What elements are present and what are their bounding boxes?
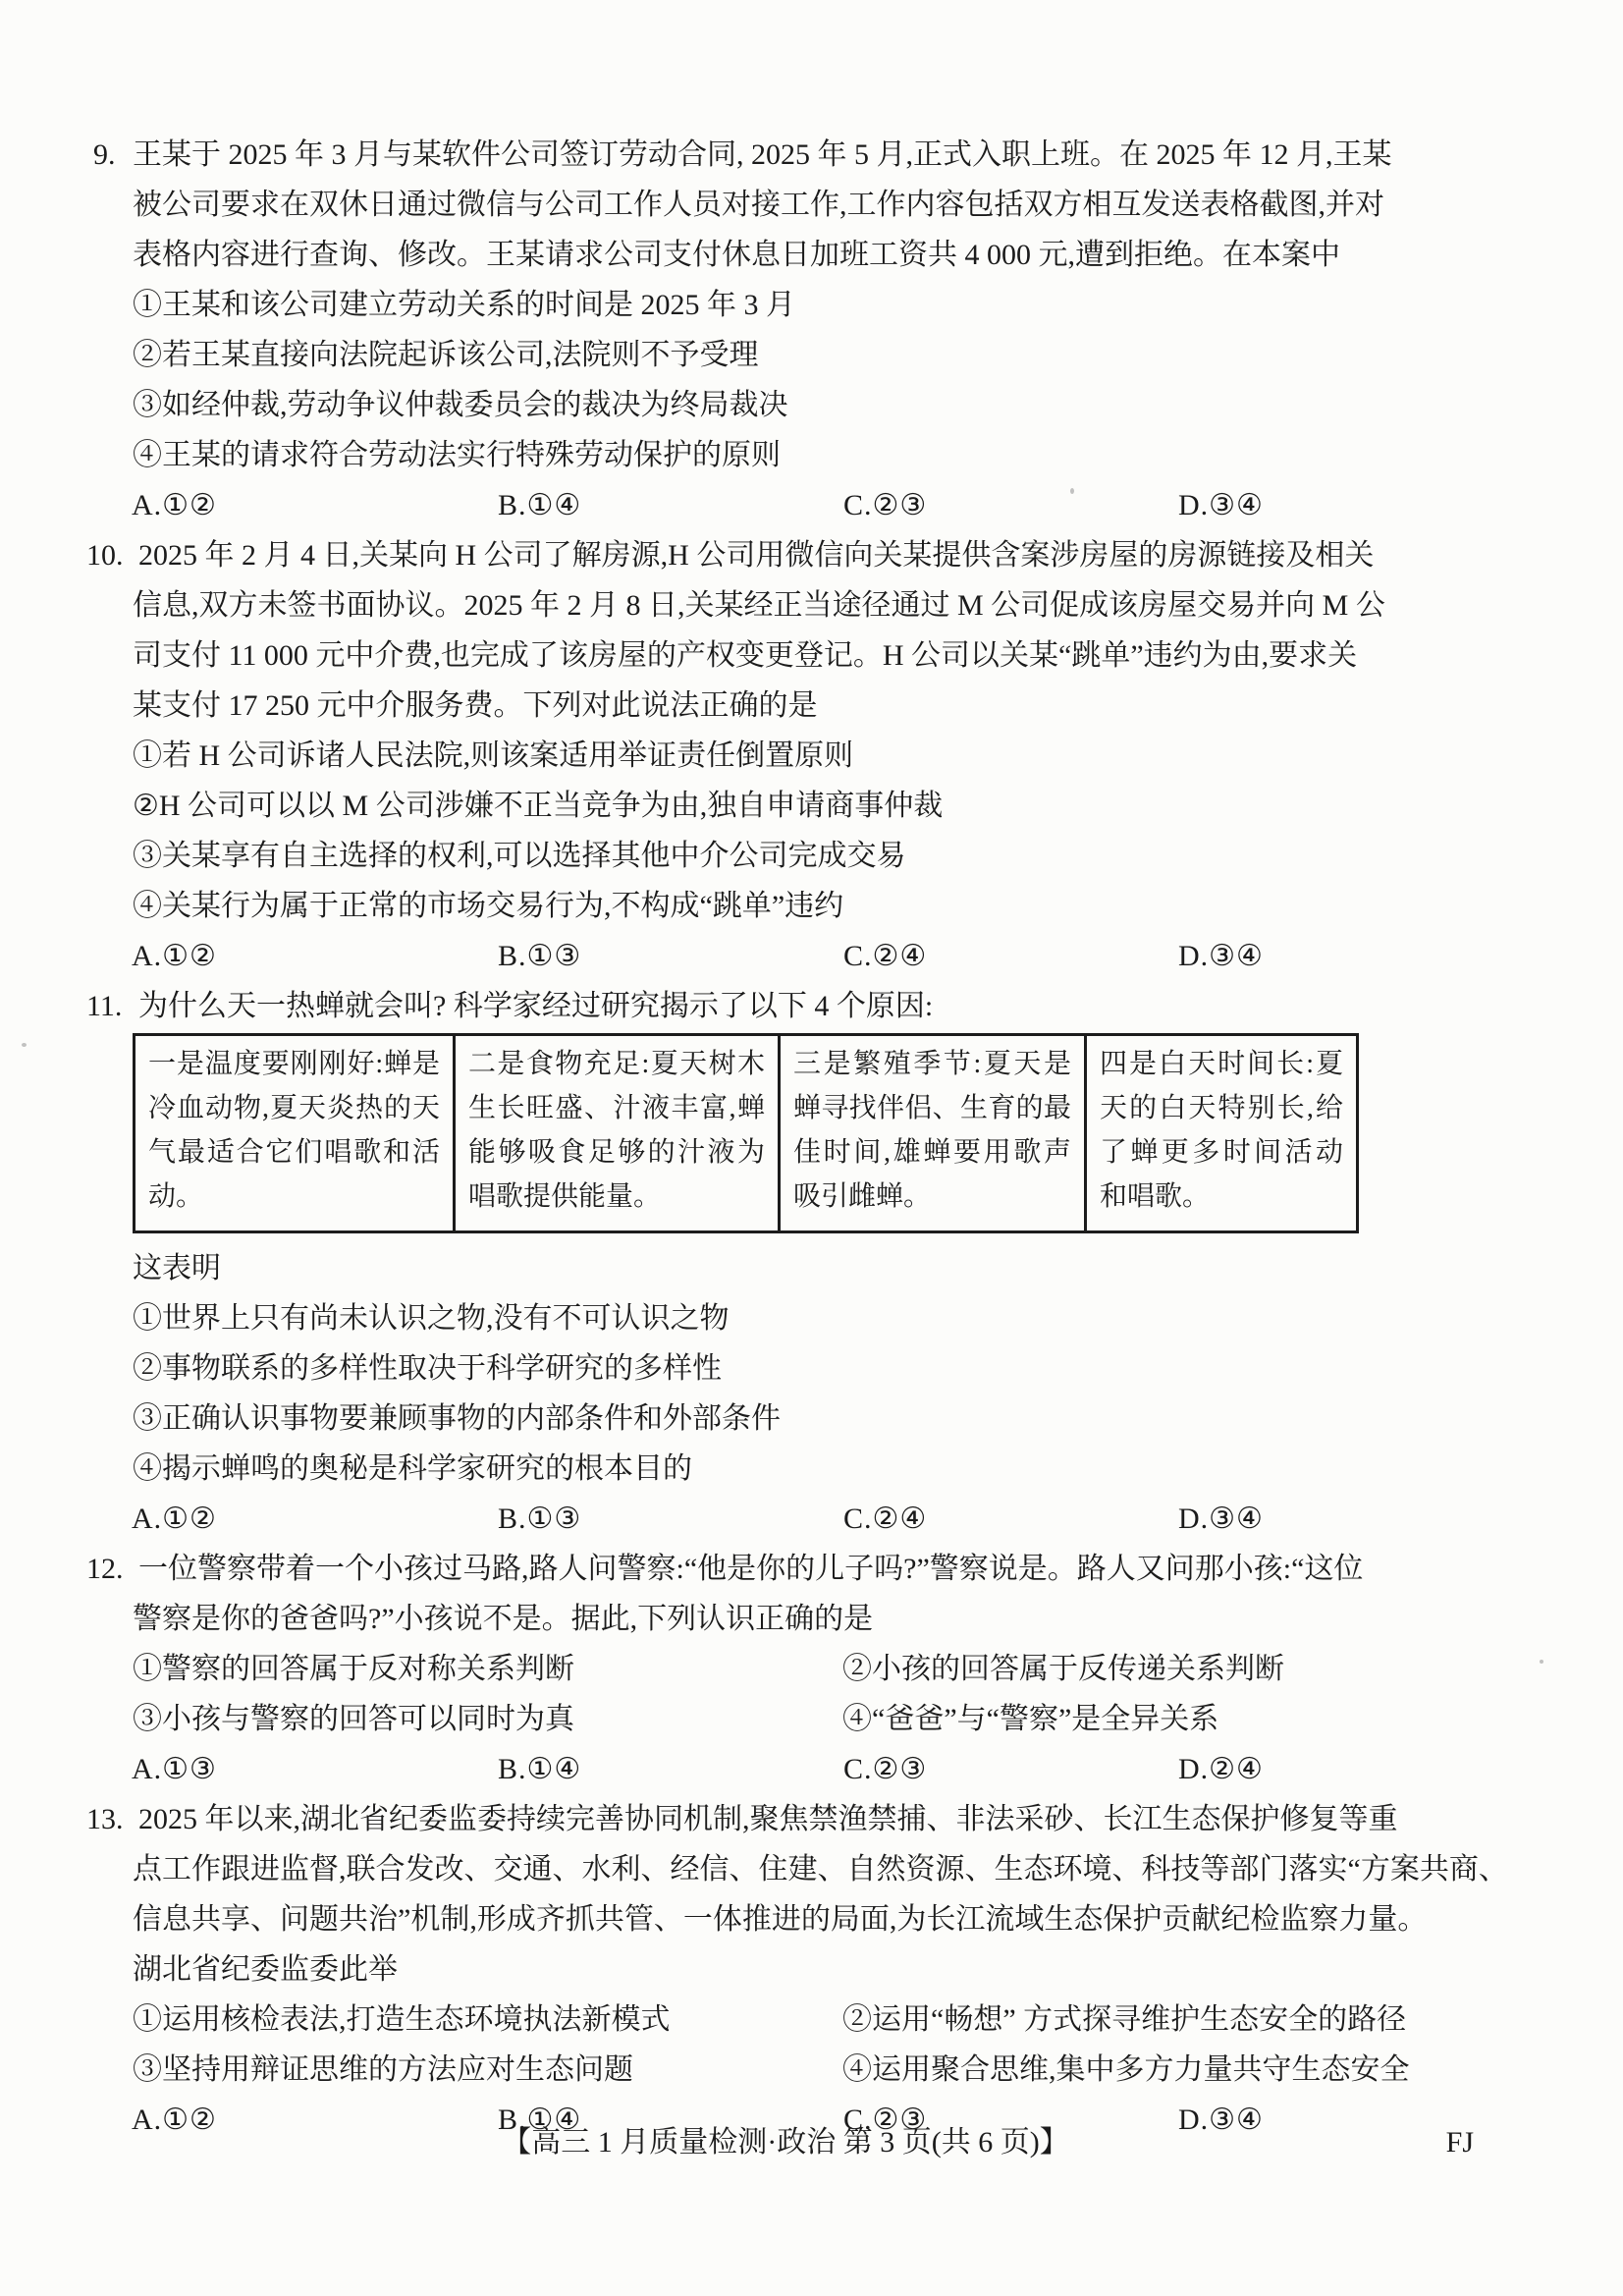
cicada-reasons-table: 一是温度要刚刚好:蝉是冷血动物,夏天炎热的天气最适合它们唱歌和活动。 二是食物充…	[133, 1033, 1359, 1233]
q11-after-table: 这表明	[93, 1243, 1478, 1293]
q13-item-4: ④运用聚合思维,集中多方力量共守生态安全	[842, 2045, 1410, 2095]
q11-option-d: D.③④	[1178, 1494, 1264, 1544]
q13-item-2: ②运用“畅想” 方式探寻维护生态安全的路径	[842, 1995, 1406, 2045]
q12-number: 12.	[86, 1544, 138, 1594]
q13-stem-line-2: 点工作跟进监督,联合发改、交通、水利、经信、住建、自然资源、生态环境、科技等部门…	[93, 1844, 1478, 1894]
q10-option-a: A.①②	[132, 931, 217, 981]
q9-item-1: ①王某和该公司建立劳动关系的时间是 2025 年 3 月	[93, 280, 1478, 330]
q10-stem-line-2: 信息,双方未签书面协议。2025 年 2 月 8 日,关某经正当途径通过 M 公…	[93, 580, 1478, 630]
q11-option-a: A.①②	[132, 1494, 217, 1544]
q10-number: 10.	[86, 530, 138, 580]
page-footer: 【高三 1 月质量检测·政治 第 3 页(共 6 页)】 FJ	[93, 2119, 1478, 2166]
q9-stem-line-2: 被公司要求在双休日通过微信与公司工作人员对接工作,工作内容包括双方相互发送表格截…	[93, 180, 1478, 230]
q10-item-2: ②H 公司可以以 M 公司涉嫌不正当竞争为由,独自申请商事仲裁	[93, 781, 1478, 831]
q12-item-4: ④“爸爸”与“警察”是全异关系	[842, 1694, 1218, 1744]
scan-speck	[1070, 488, 1074, 494]
q13-stem-line-1-row: 13. 2025 年以来,湖北省纪委监委持续完善协同机制,聚焦禁渔禁捕、非法采砂…	[93, 1794, 1478, 1844]
q11-stem-line-1-row: 11. 为什么天一热蝉就会叫? 科学家经过研究揭示了以下 4 个原因:	[93, 981, 1478, 1031]
footer-title: 【高三 1 月质量检测·政治 第 3 页(共 6 页)】	[502, 2126, 1068, 2159]
q12-option-b: B.①④	[498, 1744, 581, 1794]
q13-items-row-2: ③坚持用辩证思维的方法应对生态问题 ④运用聚合思维,集中多方力量共守生态安全	[93, 2045, 1478, 2095]
q13-item-1: ①运用核检表法,打造生态环境执法新模式	[133, 2003, 671, 2036]
q11-item-2: ②事物联系的多样性取决于科学研究的多样性	[93, 1343, 1478, 1394]
q12-item-2: ②小孩的回答属于反传递关系判断	[842, 1644, 1284, 1694]
q9-item-2: ②若王某直接向法院起诉该公司,法院则不予受理	[93, 330, 1478, 380]
q12-options-row: A.①③ B.①④ C.②③ D.②④	[93, 1744, 1478, 1794]
q10-item-1: ①若 H 公司诉诸人民法院,则该案适用举证责任倒置原则	[93, 731, 1478, 781]
q13-stem-line-3: 信息共享、问题共治”机制,形成齐抓共管、一体推进的局面,为长江流域生态保护贡献纪…	[93, 1894, 1478, 1944]
q13-stem-line-4: 湖北省纪委监委此举	[93, 1944, 1478, 1995]
q10-stem-line-1: 2025 年 2 月 4 日,关某向 H 公司了解房源,H 公司用微信向关某提供…	[138, 530, 1374, 580]
q9-stem-line-1-row: 9. 王某于 2025 年 3 月与某软件公司签订劳动合同, 2025 年 5 …	[93, 130, 1478, 180]
q9-stem-line-3: 表格内容进行查询、修改。王某请求公司支付休息日加班工资共 4 000 元,遭到拒…	[93, 230, 1478, 280]
footer-code: FJ	[1446, 2119, 1474, 2166]
question-12: 12. 一位警察带着一个小孩过马路,路人问警察:“他是你的儿子吗?”警察说是。路…	[93, 1544, 1478, 1794]
q10-option-c: C.②④	[843, 931, 927, 981]
q12-stem-line-1: 一位警察带着一个小孩过马路,路人问警察:“他是你的儿子吗?”警察说是。路人又问那…	[138, 1544, 1363, 1594]
q12-option-c: C.②③	[843, 1744, 927, 1794]
q13-number: 13.	[86, 1794, 138, 1844]
q11-item-1: ①世界上只有尚未认识之物,没有不可认识之物	[93, 1293, 1478, 1343]
table-cell-reason-2: 二是食物充足:夏天树木生长旺盛、汁液丰富,蝉能够吸食足够的汁液为唱歌提供能量。	[455, 1035, 780, 1232]
q10-item-3: ③关某享有自主选择的权利,可以选择其他中介公司完成交易	[93, 831, 1478, 881]
q10-options-row: A.①② B.①③ C.②④ D.③④	[93, 931, 1478, 981]
q12-option-d: D.②④	[1178, 1744, 1264, 1794]
q11-options-row: A.①② B.①③ C.②④ D.③④	[93, 1494, 1478, 1544]
q11-option-c: C.②④	[843, 1494, 927, 1544]
q10-item-4: ④关某行为属于正常的市场交易行为,不构成“跳单”违约	[93, 881, 1478, 931]
q9-stem-line-1: 王某于 2025 年 3 月与某软件公司签订劳动合同, 2025 年 5 月,正…	[133, 130, 1392, 180]
q9-item-3: ③如经仲裁,劳动争议仲裁委员会的裁决为终局裁决	[93, 380, 1478, 430]
q12-item-3: ③小孩与警察的回答可以同时为真	[133, 1703, 574, 1735]
q13-stem-line-1: 2025 年以来,湖北省纪委监委持续完善协同机制,聚焦禁渔禁捕、非法采砂、长江生…	[138, 1794, 1398, 1844]
q9-option-d: D.③④	[1178, 480, 1264, 530]
q10-stem-line-1-row: 10. 2025 年 2 月 4 日,关某向 H 公司了解房源,H 公司用微信向…	[93, 530, 1478, 580]
q10-stem-line-4: 某支付 17 250 元中介服务费。下列对此说法正确的是	[93, 681, 1478, 731]
exam-page: 9. 王某于 2025 年 3 月与某软件公司签订劳动合同, 2025 年 5 …	[0, 0, 1623, 2296]
question-9: 9. 王某于 2025 年 3 月与某软件公司签订劳动合同, 2025 年 5 …	[93, 130, 1478, 530]
q12-stem-line-2: 警察是你的爸爸吗?”小孩说不是。据此,下列认识正确的是	[93, 1594, 1478, 1644]
q10-option-d: D.③④	[1178, 931, 1264, 981]
q11-stem-line-1: 为什么天一热蝉就会叫? 科学家经过研究揭示了以下 4 个原因:	[138, 981, 933, 1031]
q11-option-b: B.①③	[498, 1494, 581, 1544]
q12-items-row-1: ①警察的回答属于反对称关系判断 ②小孩的回答属于反传递关系判断	[93, 1644, 1478, 1694]
question-11: 11. 为什么天一热蝉就会叫? 科学家经过研究揭示了以下 4 个原因: 一是温度…	[93, 981, 1478, 1544]
q12-item-1: ①警察的回答属于反对称关系判断	[133, 1653, 574, 1685]
q9-number: 9.	[93, 130, 133, 180]
q11-item-3: ③正确认识事物要兼顾事物的内部条件和外部条件	[93, 1394, 1478, 1444]
q10-stem-line-3: 司支付 11 000 元中介费,也完成了该房屋的产权变更登记。H 公司以关某“跳…	[93, 630, 1478, 681]
q12-option-a: A.①③	[132, 1744, 217, 1794]
q11-item-4: ④揭示蝉鸣的奥秘是科学家研究的根本目的	[93, 1444, 1478, 1494]
table-cell-reason-1: 一是温度要刚刚好:蝉是冷血动物,夏天炎热的天气最适合它们唱歌和活动。	[135, 1035, 455, 1232]
table-cell-reason-3: 三是繁殖季节:夏天是蝉寻找伴侣、生育的最佳时间,雄蝉要用歌声吸引雌蝉。	[780, 1035, 1086, 1232]
question-13: 13. 2025 年以来,湖北省纪委监委持续完善协同机制,聚焦禁渔禁捕、非法采砂…	[93, 1794, 1478, 2145]
q13-item-3: ③坚持用辩证思维的方法应对生态问题	[133, 2053, 633, 2086]
scan-speck	[1540, 1660, 1543, 1664]
q9-item-4: ④王某的请求符合劳动法实行特殊劳动保护的原则	[93, 430, 1478, 480]
q9-options-row: A.①② B.①④ C.②③ D.③④	[93, 480, 1478, 530]
q9-option-c: C.②③	[843, 480, 927, 530]
q11-number: 11.	[86, 981, 138, 1031]
q12-stem-line-1-row: 12. 一位警察带着一个小孩过马路,路人问警察:“他是你的儿子吗?”警察说是。路…	[93, 1544, 1478, 1594]
table-row: 一是温度要刚刚好:蝉是冷血动物,夏天炎热的天气最适合它们唱歌和活动。 二是食物充…	[135, 1035, 1358, 1232]
q9-option-a: A.①②	[132, 480, 217, 530]
table-cell-reason-4: 四是白天时间长:夏天的白天特别长,给了蝉更多时间活动和唱歌。	[1086, 1035, 1358, 1232]
q12-items-row-2: ③小孩与警察的回答可以同时为真 ④“爸爸”与“警察”是全异关系	[93, 1694, 1478, 1744]
scan-speck	[22, 1043, 27, 1047]
question-10: 10. 2025 年 2 月 4 日,关某向 H 公司了解房源,H 公司用微信向…	[93, 530, 1478, 981]
q9-option-b: B.①④	[498, 480, 581, 530]
q13-items-row-1: ①运用核检表法,打造生态环境执法新模式 ②运用“畅想” 方式探寻维护生态安全的路…	[93, 1995, 1478, 2045]
q10-option-b: B.①③	[498, 931, 581, 981]
exam-content: 9. 王某于 2025 年 3 月与某软件公司签订劳动合同, 2025 年 5 …	[93, 0, 1478, 2145]
